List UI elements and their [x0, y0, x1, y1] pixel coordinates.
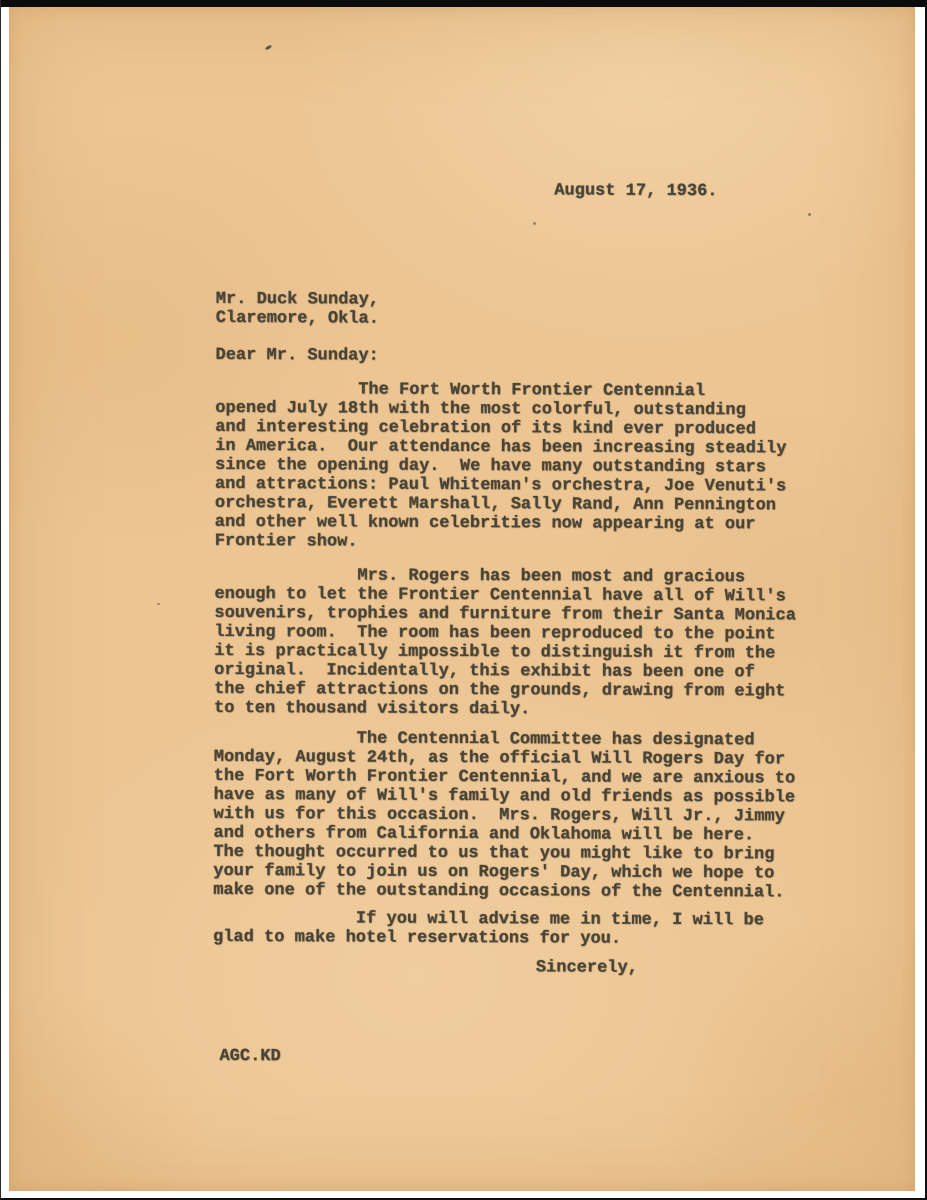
typed-content: August 17, 1936. Mr. Duck Sunday,Claremo…	[6, 5, 917, 1193]
ink-speck	[808, 213, 811, 216]
recipient-city: Claremore, Okla.	[216, 309, 379, 329]
letter-paper: August 17, 1936. Mr. Duck Sunday,Claremo…	[9, 7, 915, 1191]
ink-speck	[533, 222, 536, 225]
scan-edge-left	[0, 0, 1, 1200]
reference-initials: AGC.KD	[219, 1047, 280, 1066]
complimentary-closing: Sincerely,	[536, 958, 638, 977]
body-paragraph-1: The Fort Worth Frontier Centennial opene…	[215, 380, 787, 553]
date-line: August 17, 1936.	[554, 181, 717, 201]
body-paragraph-3: The Centennial Committee has designated …	[213, 729, 795, 903]
body-paragraph-2: Mrs. Rogers has been most and gracious e…	[214, 566, 796, 721]
salutation: Dear Mr. Sunday:	[216, 346, 379, 366]
scanned-letter-page: August 17, 1936. Mr. Duck Sunday,Claremo…	[0, 0, 927, 1200]
recipient-name: Mr. Duck Sunday,	[216, 290, 379, 310]
body-paragraph-4: If you will advise me in time, I will be…	[213, 909, 764, 949]
ink-speck	[157, 603, 160, 605]
recipient-address-block: Mr. Duck Sunday,Claremore, Okla.	[216, 290, 379, 329]
